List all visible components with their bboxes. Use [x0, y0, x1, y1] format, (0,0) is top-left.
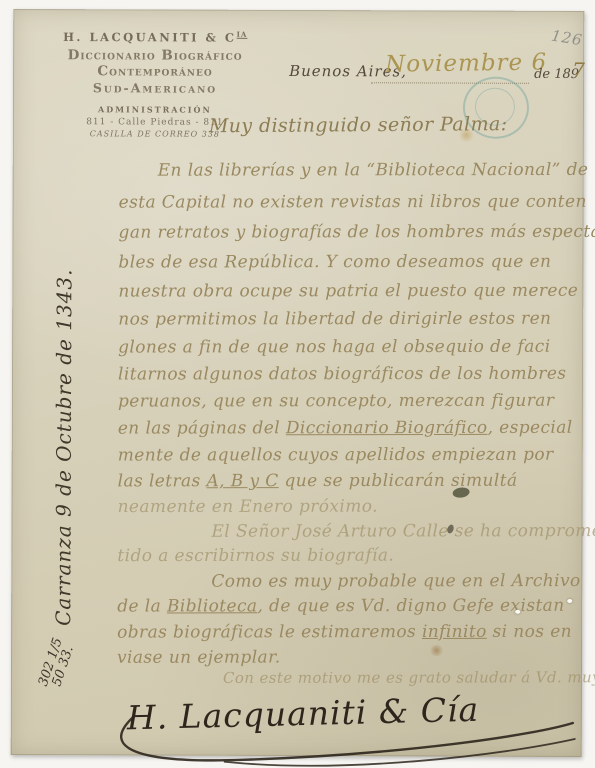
- body-line: viase un ejemplar.: [117, 648, 281, 668]
- body-line: esta Capital no existen revistas ni libr…: [119, 192, 587, 213]
- body-line: glones a fin de que nos haga el obsequio…: [118, 337, 550, 358]
- signature-flourish: [107, 711, 581, 768]
- handwritten-date: Noviembre 6: [385, 49, 547, 77]
- administration-label: ADMINISTRACIÓN: [37, 104, 273, 115]
- paper: H. LACQUANITI & CIA Diccionario Biográfi…: [11, 9, 585, 757]
- body-line: tido a escribirnos su biografía.: [117, 546, 394, 566]
- body-line-text: Con este motivo me es grato saludar á Vd…: [223, 668, 595, 687]
- letter-scan: H. LACQUANITI & CIA Diccionario Biográfi…: [0, 0, 595, 768]
- paper-stain: [458, 129, 475, 142]
- underlined-text: Biblioteca: [167, 596, 258, 616]
- shelf-mark: 302 1/5 50 33.: [37, 636, 77, 692]
- body-line: En las librerías y en la “Biblioteca Nac…: [158, 160, 589, 181]
- ink-smudge: [452, 486, 470, 498]
- body-line: mente de aquellos cuyos apellidos empiez…: [118, 445, 554, 466]
- body-line: Con este motivo me es grato saludar á Vd…: [223, 668, 595, 687]
- underlined-text: infinito: [422, 622, 487, 642]
- body-line-text: obras biográficas le estimaremos: [117, 622, 422, 643]
- margin-note: Carranza 9 de Octubre de 1343.: [51, 268, 76, 625]
- body-line-text: , especial: [488, 418, 573, 438]
- body-line: gan retratos y biografías de los hombres…: [119, 222, 595, 243]
- body-line: litarnos algunos datos biográficos de lo…: [118, 364, 566, 385]
- body-line-text: de la: [117, 596, 167, 616]
- body-line-text: que se publicarán simultá: [279, 471, 518, 491]
- company-name: H. LACQUANITI & CIA: [37, 29, 273, 45]
- body-line-text: si nos en: [487, 622, 572, 642]
- company-suffix: IA: [237, 30, 248, 39]
- underlined-text: Diccionario Biográfico: [286, 418, 488, 438]
- body-line: El Señor José Arturo Calle se ha comprom…: [211, 521, 595, 542]
- body-line: bles de esa República. Y como deseamos q…: [118, 252, 551, 273]
- publication-title: Diccionario Biográfico Contemporáneo: [37, 47, 273, 80]
- handwritten-year-digit: 7: [572, 58, 585, 82]
- body-line-text: en las páginas del: [118, 418, 286, 438]
- body-line: neamente en Enero próximo.: [118, 497, 378, 517]
- page-number-annotation: 126: [550, 27, 584, 50]
- body-line: obras biográficas le estimaremos infinit…: [117, 622, 572, 643]
- body-line: nuestra obra ocupe su patria el puesto q…: [118, 281, 578, 302]
- pinhole: [567, 599, 572, 603]
- body-line: Como es muy probable que en el Archivo: [211, 571, 580, 592]
- underlined-text: A, B y C: [206, 471, 278, 491]
- pinhole: [515, 610, 520, 614]
- paper-stain: [429, 644, 444, 656]
- body-line: peruanos, que en su concepto, merezcan f…: [118, 391, 554, 412]
- publication-subtitle: Sud-Americano: [37, 80, 273, 96]
- body-line-text: las letras: [118, 471, 207, 491]
- body-line: nos permitimos la libertad de dirigirle …: [118, 309, 551, 330]
- body-line: en las páginas del Diccionario Biográfic…: [118, 418, 573, 439]
- body-line: de la Biblioteca, de que es Vd. digno Ge…: [117, 596, 564, 617]
- company-name-text: H. LACQUANITI & C: [63, 30, 237, 45]
